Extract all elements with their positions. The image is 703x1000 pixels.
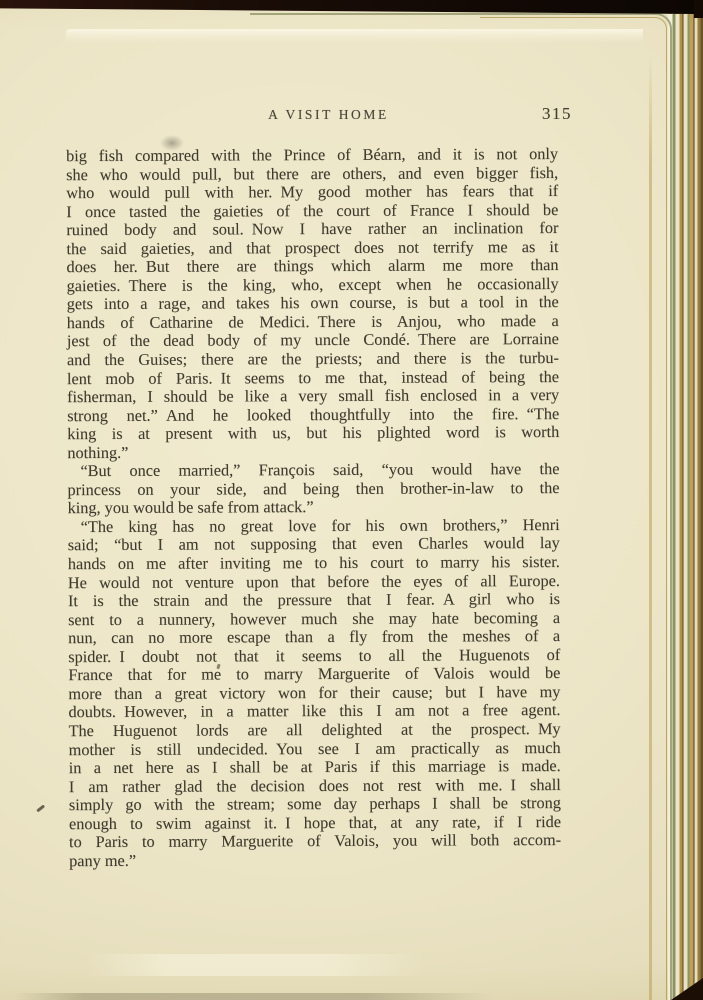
page-edge-line-faint [649,55,652,1000]
text-line: king is at present with us, but his plig… [67,423,559,444]
bottom-edge-shadow [0,993,703,1000]
text-line: princess on your side, and being then br… [67,479,559,500]
book-fore-edge-pages [668,14,703,1000]
body-text: big fish compared with the Prince of Béa… [66,145,561,870]
page-number: 315 [530,104,572,124]
running-head: A VISIT HOME [69,107,558,123]
text-line: to Paris to marry Marguerite of Valois, … [69,831,561,852]
text-line: pany me.” [69,850,561,871]
top-right-shadow [694,0,703,18]
book-page-scan: A VISIT HOME 315 big fish compared with … [0,0,703,1000]
book-binding-edge [0,0,694,14]
margin-pen-mark [36,804,45,812]
